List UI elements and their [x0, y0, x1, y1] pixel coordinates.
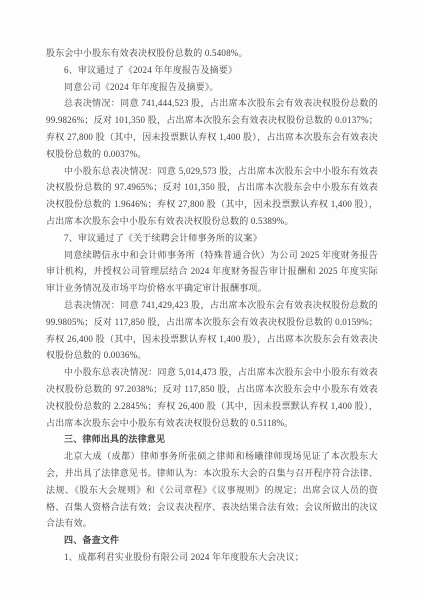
item6-total-vote-result: 总表决情况：同意 741,444,523 股，占出席本次股东会有效表决权股份总数… — [46, 95, 378, 162]
item6-minority-vote-result: 中小股东总表决情况：同意 5,029,573 股，占出席本次股东会中小股东有效表… — [46, 163, 378, 230]
item6-title: 6、审议通过了《2024 年年度报告及摘要》 — [46, 62, 378, 79]
section4-heading-reference-documents: 四、备查文件 — [46, 532, 378, 549]
legal-opinion-paragraph: 北京大成（成都）律师事务所张硕之律师和杨曦律师现场见证了本次股东大会，并出具了法… — [46, 448, 378, 532]
item7-total-vote-result: 总表决情况：同意 741,429,423 股，占出席本次股东会有效表决权股份总数… — [46, 297, 378, 364]
continuation-line: 股东会中小股东有效表决权股份总数的 0.5408%。 — [46, 45, 378, 62]
item7-resolution: 同意续聘信永中和会计师事务所（特殊普通合伙）为公司 2025 年度财务报告审计机… — [46, 247, 378, 297]
item7-title: 7、审议通过了《关于续聘会计师事务所的议案》 — [46, 230, 378, 247]
scanned-document-page: 股东会中小股东有效表决权股份总数的 0.5408%。 6、审议通过了《2024 … — [0, 0, 424, 600]
item7-minority-vote-result: 中小股东总表决情况：同意 5,014,473 股，占出席本次股东会中小股东有效表… — [46, 364, 378, 431]
section3-heading-legal-opinion: 三、律师出具的法律意见 — [46, 431, 378, 448]
item6-resolution: 同意公司《2024 年年度报告及摘要》。 — [46, 79, 378, 96]
document-text-area: 股东会中小股东有效表决权股份总数的 0.5408%。 6、审议通过了《2024 … — [46, 45, 378, 566]
reference-document-item-1: 1、成都利君实业股份有限公司 2024 年年度股东大会决议； — [46, 549, 378, 566]
